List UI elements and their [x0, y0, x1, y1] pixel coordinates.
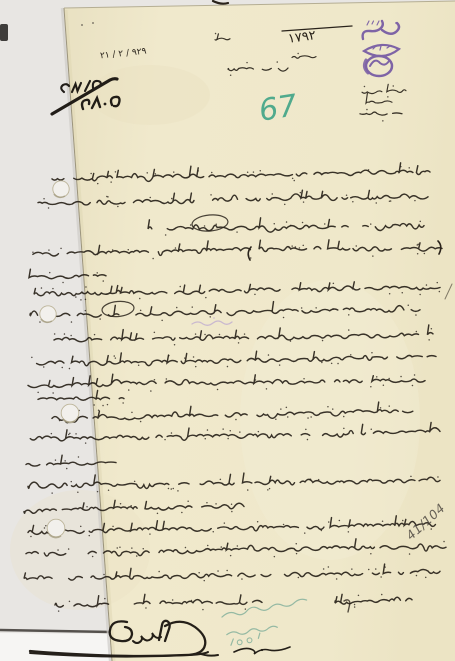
- ink-dot: [81, 24, 83, 26]
- ink-dot: [92, 22, 94, 24]
- diacritic-dots: [297, 53, 299, 54]
- diacritic-dots: [215, 33, 217, 34]
- scan-edge-artifact: [0, 24, 8, 41]
- scribble-dot: [104, 103, 107, 106]
- document-scan-page: ١٧٩٢ ٩٢٩ / ٢ / ٢١ 67 41/104: [0, 0, 455, 661]
- scan-canvas: [0, 0, 455, 661]
- flourish-dot: [261, 649, 263, 651]
- lilac-dot: [213, 317, 215, 319]
- paper-highlight: [240, 280, 420, 560]
- paper-stain: [90, 65, 210, 125]
- diacritic-dots: [387, 96, 389, 97]
